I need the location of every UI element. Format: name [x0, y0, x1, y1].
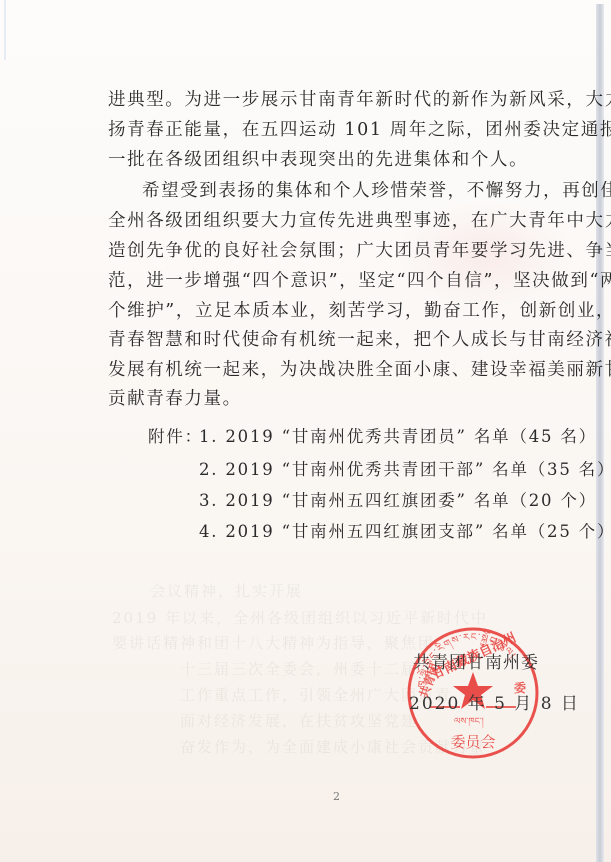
attachment-item: 4. 2019 “甘南州五四红旗团支部” 名单（25 个）: [199, 517, 611, 547]
attachments-label: 附件：: [148, 422, 203, 452]
bleed-through-line: 十三届三次全委会，州委十二届六: [180, 658, 435, 679]
body-line: 发展有机统一起来，为决战决胜全面小康、建设幸福美丽新甘南: [108, 355, 564, 385]
body-line: 造创先争优的良好社会氛围；广大团员青年要学习先进、争当模: [108, 236, 564, 266]
body-line: 扬青春正能量，在五四运动 101 周年之际，团州委决定通报表扬: [108, 115, 564, 145]
bleed-through-line: 会议精神，扎实开展: [150, 580, 303, 601]
body-line: 全州各级团组织要大力宣传先进典型事迹，在广大青年中大力营: [108, 206, 564, 236]
signature-date: 2020 年 5 月 8 日: [409, 689, 580, 714]
svg-text:委员会: 委员会: [450, 733, 495, 751]
attachment-item: 2. 2019 “甘南州优秀共青团干部” 名单（35 名）: [199, 455, 611, 485]
body-line: 希望受到表扬的集体和个人珍惜荣誉，不懈努力，再创佳绩。: [142, 176, 564, 206]
attachment-item: 3. 2019 “甘南州五四红旗团委” 名单（20 个）: [199, 486, 597, 516]
scan-edge-left: [4, 0, 6, 60]
bleed-through-line: 面对经济发展，在扶贫攻坚党建: [180, 710, 418, 731]
body-line: 范，进一步增强“四个意识”，坚定“四个自信”，坚决做到“两: [108, 266, 564, 296]
body-line: 贡献青春力量。: [108, 384, 564, 414]
attachment-item: 1. 2019 “甘南州优秀共青团员” 名单（45 名）: [199, 422, 597, 452]
body-line: 一批在各级团组织中表现突出的先进集体和个人。: [108, 145, 564, 175]
bleed-through-line: 要讲话精神和团十八大精神为指导，聚焦团: [112, 632, 435, 653]
page-number: 2: [333, 790, 340, 803]
document-page: 会议精神，扎实开展 2019 年以来，全州各级团组织以习近平新时代中 要讲话精神…: [0, 0, 611, 862]
signature-organization: 共青团甘南州委: [413, 648, 539, 673]
body-line: 青春智慧和时代使命有机统一起来，把个人成长与甘南经济社会: [108, 325, 564, 355]
body-line: 进典型。为进一步展示甘南青年新时代的新作为新风采，大力弘: [108, 85, 564, 115]
svg-text:ལས་ཁང་།: ལས་ཁང་།: [454, 717, 484, 729]
body-line: 个维护”，立足本质本业，刻苦学习，勤奋工作，创新创业，把: [108, 296, 564, 326]
